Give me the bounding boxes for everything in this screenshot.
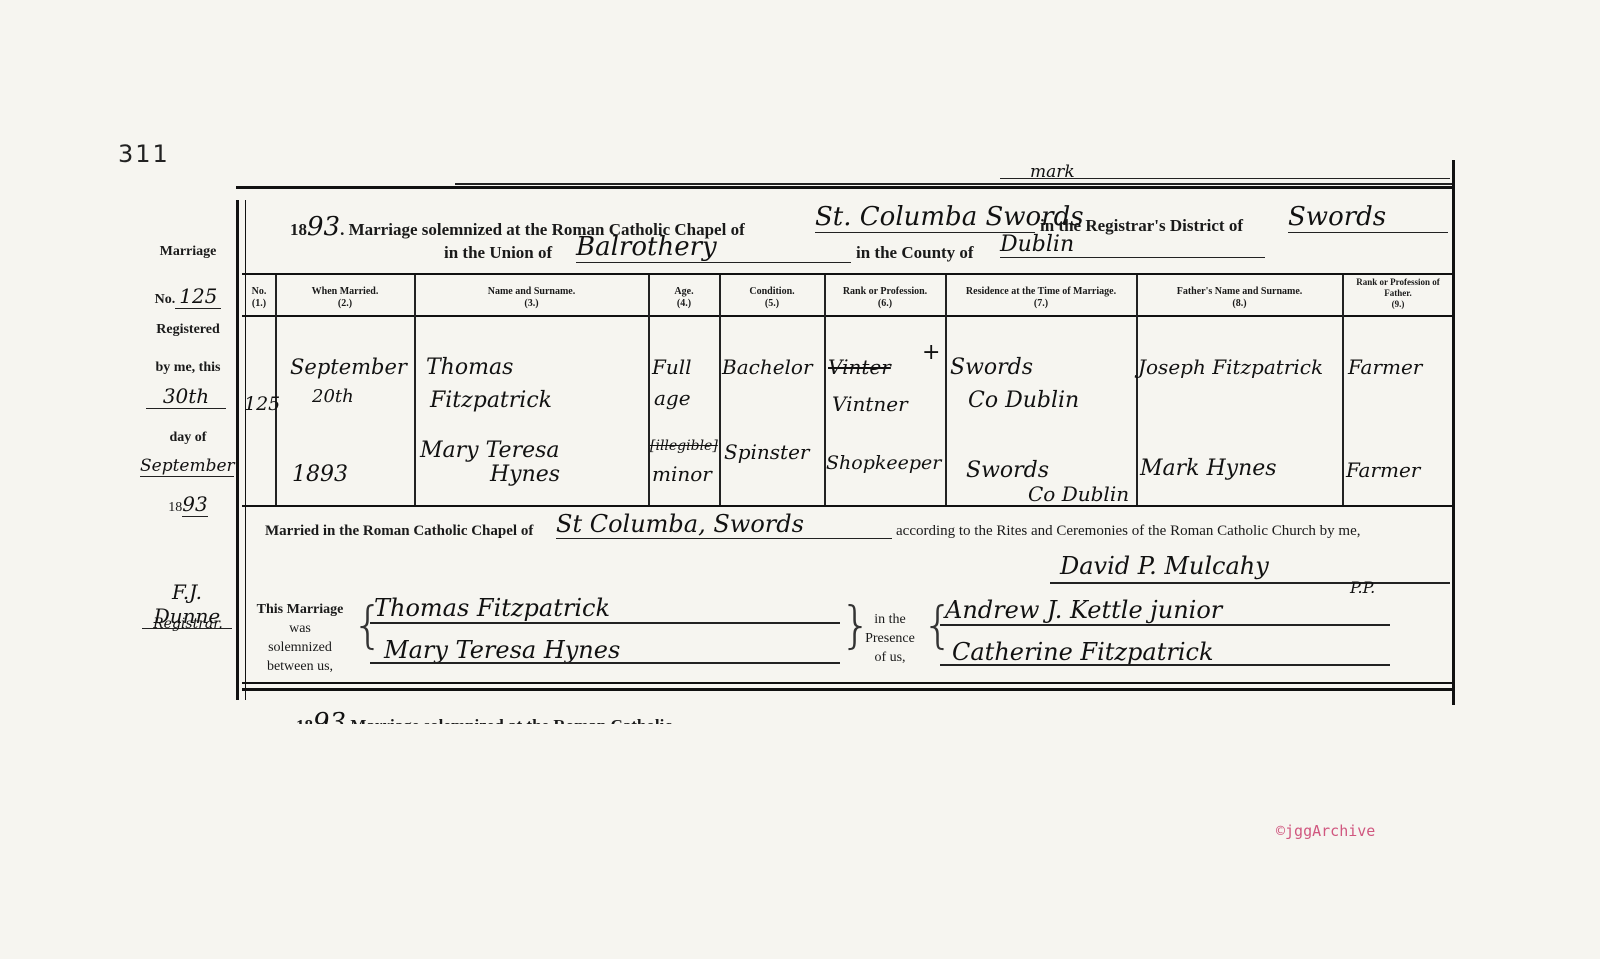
groom-age-line2: age <box>654 386 691 410</box>
column-header-no: No.(1.) <box>243 286 275 310</box>
column-header-residence: Residence at the Time of Marriage.(7.) <box>946 286 1136 310</box>
groom-father-profession: Farmer <box>1348 355 1422 379</box>
column-header-father-name: Father's Name and Surname.(8.) <box>1137 286 1342 310</box>
header-county-value: Dublin <box>1000 232 1265 258</box>
margin-number-block: No.125 <box>138 284 238 308</box>
groom-condition: Bachelor <box>722 355 813 379</box>
margin-year-prefix: 18 <box>168 500 182 515</box>
header-union-value: Balrothery <box>576 232 851 263</box>
margin-day-value: 30th <box>146 384 226 409</box>
entry-end-rule <box>242 688 1454 691</box>
watermark: ©jggArchive <box>1276 822 1375 840</box>
column-header-bottom-rule <box>242 315 1454 317</box>
margin-marriage-label: Marriage <box>138 244 238 260</box>
entry-bottom-rule <box>242 505 1454 507</box>
witness2-signature-line <box>940 664 1390 666</box>
header-union-text: in the Union of <box>444 243 552 263</box>
next-entry-remnant: 1893 Marriage solemnized at the Roman Ca… <box>236 700 1458 724</box>
married-in-text: Married in the Roman Catholic Chapel of <box>265 523 533 540</box>
entry-end-rule <box>242 682 1454 684</box>
header-district-value: Swords <box>1288 202 1448 233</box>
groom-residence-line1: Swords <box>950 355 1033 380</box>
groom-signature: Thomas Fitzpatrick <box>374 594 610 622</box>
header-chapel-value: St. Columba Swords <box>815 202 1035 233</box>
column-header-father-profession: Rank or Profession of Father.(9.) <box>1343 277 1453 310</box>
column-header-condition: Condition.(5.) <box>720 286 824 310</box>
margin-year-value: 93 <box>182 492 207 517</box>
entry-date-day: 20th <box>312 386 354 407</box>
groom-profession: Vintner <box>832 392 908 416</box>
page-number: 311 <box>118 140 170 168</box>
officiant-signature: David P. Mulcahy <box>1060 552 1269 580</box>
bride-residence-line2: Co Dublin <box>1028 482 1129 506</box>
margin-no-label: No. <box>155 292 176 307</box>
bride-name-surname: Hynes <box>490 462 560 487</box>
presence-label: in the Presence of us, <box>855 610 925 667</box>
bride-condition: Spinster <box>724 440 809 464</box>
entry-number: 125 <box>244 393 280 415</box>
column-header-when-married: When Married.(2.) <box>276 286 414 310</box>
registrar-label: Registrar. <box>138 616 238 632</box>
header-county-text: in the County of <box>856 243 974 263</box>
officiant-title: P.P. <box>1350 578 1375 597</box>
officiant-signature-line <box>1050 582 1450 584</box>
bride-father-profession: Farmer <box>1346 458 1420 482</box>
groom-age-line1: Full <box>652 355 692 379</box>
margin-day-of-label: day of <box>138 430 238 446</box>
bride-residence-line1: Swords <box>966 458 1049 483</box>
rites-text: according to the Rites and Ceremonies of… <box>896 523 1360 540</box>
groom-name-first: Thomas <box>426 355 513 380</box>
previous-entry-mark-text: mark <box>1030 162 1075 182</box>
insertion-cross-mark: + <box>922 340 940 365</box>
column-header-name: Name and Surname.(3.) <box>415 286 648 310</box>
witness2-signature: Catherine Fitzpatrick <box>952 638 1213 666</box>
bride-profession: Shopkeeper <box>826 452 941 474</box>
register-top-rule <box>236 186 1454 189</box>
married-in-value: St Columba, Swords <box>556 510 892 539</box>
margin-year: 1893 <box>138 492 238 516</box>
bride-signature-line <box>370 662 840 664</box>
margin-month-value: September <box>140 456 234 477</box>
bride-name-first: Mary Teresa <box>420 438 560 463</box>
next-entry-header: 1893 Marriage solemnized at the Roman Ca… <box>296 708 685 724</box>
groom-profession-struck: Vinter <box>828 355 891 379</box>
bride-age-struck: [illegible] <box>650 438 718 454</box>
header-year-value: 93 <box>307 212 340 242</box>
register-frame-left <box>236 200 246 700</box>
margin-by-me-label: by me, this <box>138 360 238 376</box>
margin-no-value: 125 <box>175 284 221 309</box>
groom-residence-line2: Co Dublin <box>968 388 1079 413</box>
witness1-signature: Andrew J. Kettle junior <box>945 596 1222 624</box>
column-header-profession: Rank or Profession.(6.) <box>825 286 945 310</box>
bride-signature: Mary Teresa Hynes <box>384 636 620 664</box>
entry-date-month: September <box>290 355 407 379</box>
groom-signature-line <box>370 622 840 624</box>
witness1-signature-line <box>940 624 1390 626</box>
register-frame-right <box>1452 160 1455 705</box>
column-header-top-rule <box>242 273 1454 275</box>
entry-date-year: 1893 <box>292 462 348 487</box>
margin-registered-label: Registered <box>138 322 238 338</box>
groom-father-name: Joseph Fitzpatrick <box>1138 355 1323 379</box>
between-us-label: This Marriage was solemnized between us, <box>250 600 350 676</box>
bride-age: minor <box>652 462 712 486</box>
previous-entry-rule <box>455 183 1453 185</box>
header-year-prefix: 18 <box>290 220 307 239</box>
bride-father-name: Mark Hynes <box>1140 456 1277 481</box>
groom-name-surname: Fitzpatrick <box>430 388 552 413</box>
column-header-age: Age.(4.) <box>649 286 719 310</box>
